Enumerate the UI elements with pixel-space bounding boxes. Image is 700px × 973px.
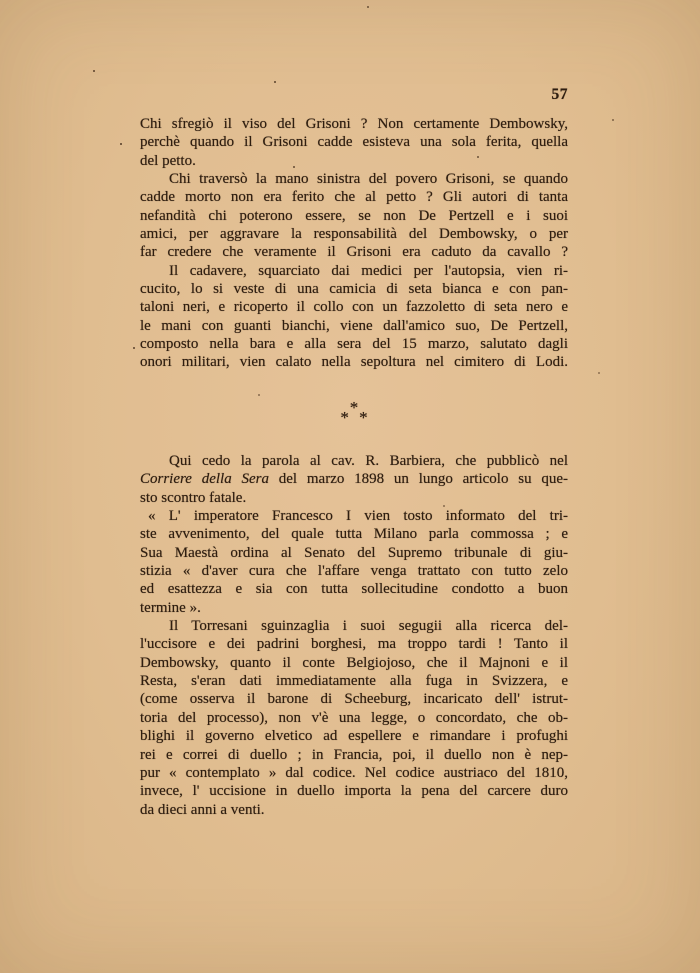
text-line: (come osserva il barone di Scheeburg, in… [140,690,568,708]
text-segment: da dieci anni a venti. [140,802,265,818]
text-segment: Resta, s'eran dati immediatamente alla f… [140,673,568,689]
text-line: Resta, s'eran dati immediatamente alla f… [140,672,568,690]
text-segment: Il Torresani sguinzaglia i suoi segugii … [169,618,568,634]
text-line: blighi il governo elvetico ad espellere … [140,727,568,745]
text-line: ste avvenimento, del quale tutta Milano … [140,525,568,543]
text-line: taloni neri, e ricoperto il collo con un… [140,298,568,316]
text-line: rei e correi di duello ; in Francia, poi… [140,746,568,764]
text-line: sto scontro fatale. [140,489,568,507]
asterism-separator: * * * [140,403,568,423]
text-line: stizia « d'aver cura che l'affare venga … [140,562,568,580]
asterism-bottom-stars: * * [140,413,568,423]
text-segment: le mani con guanti bianchi, viene dall'a… [140,318,568,334]
text-line: cadde morto non era ferito che al petto … [140,188,568,206]
text-segment: cadde morto non era ferito che al petto … [140,189,568,205]
text-line: ed esattezza e sia con tutta sollecitudi… [140,580,568,598]
text-line: cucito, lo si veste di una camicia di se… [140,280,568,298]
text-line: del petto. [140,152,568,170]
paragraph-6: Il Torresani sguinzaglia i suoi segugii … [140,617,568,819]
text-line: amici, per aggravare la responsabilità d… [140,225,568,243]
text-segment: rei e correi di duello ; in Francia, poi… [140,747,568,763]
scan-speck [93,70,95,72]
scan-speck [258,394,260,396]
text-segment: cucito, lo si veste di una camicia di se… [140,281,568,297]
text-line: Il Torresani sguinzaglia i suoi segugii … [140,617,568,635]
paragraph-3: Il cadavere, squarciato dai medici per l… [140,262,568,372]
text-line: toria del processo), non v'è una legge, … [140,709,568,727]
text-segment: termine ». [140,600,201,616]
text-line: perchè quando il Grisoni cadde esisteva … [140,133,568,151]
text-segment: nefandità chi poterono essere, se non De… [140,208,568,224]
page-number: 57 [140,86,568,104]
text-segment: onori militari, vien calato nella sepolt… [140,354,568,370]
text-segment: l'uccisore e dei padrini borghesi, ma tr… [140,636,568,652]
book-page: 57 Chi sfregiò il viso del Grisoni ? Non… [0,0,700,973]
text-line: pur « contemplato » dal codice. Nel codi… [140,764,568,782]
paragraph-5: « L' imperatore Francesco I vien tosto i… [140,507,568,617]
text-line: invece, l' uccisione in duello importa l… [140,782,568,800]
text-line: Sua Maestà ordina al Senato del Supremo … [140,544,568,562]
text-segment: Dembowsky, quanto il conte Belgiojoso, c… [140,655,568,671]
text-line: « L' imperatore Francesco I vien tosto i… [140,507,568,525]
text-line: Dembowsky, quanto il conte Belgiojoso, c… [140,654,568,672]
text-segment: Sua Maestà ordina al Senato del Supremo … [140,545,568,561]
text-segment: sto scontro fatale. [140,490,246,506]
text-block-top: Chi sfregiò il viso del Grisoni ? Non ce… [140,115,568,372]
text-line: Il cadavere, squarciato dai medici per l… [140,262,568,280]
text-segment: ed esattezza e sia con tutta sollecitudi… [140,581,568,597]
text-line: termine ». [140,599,568,617]
text-segment: (come osserva il barone di Scheeburg, in… [140,691,568,707]
text-segment: toria del processo), non v'è una legge, … [140,710,568,726]
text-segment: Chi sfregiò il viso del Grisoni ? Non ce… [140,116,568,132]
scan-speck [598,372,600,374]
text-segment: Chi traversò la mano sinistra del povero… [169,171,568,187]
text-segment: Qui cedo la parola al cav. R. Barbiera, … [169,453,568,469]
italic-text: Corriere della Sera [140,471,269,487]
text-line: le mani con guanti bianchi, viene dall'a… [140,317,568,335]
scan-speck [133,347,135,349]
paragraph-2: Chi traversò la mano sinistra del povero… [140,170,568,262]
text-segment: « L' imperatore Francesco I vien tosto i… [148,508,568,524]
paragraph-1: Chi sfregiò il viso del Grisoni ? Non ce… [140,115,568,170]
text-line: Qui cedo la parola al cav. R. Barbiera, … [140,452,568,470]
scan-speck [367,6,369,8]
text-line: composto nella bara e alla sera del 15 m… [140,335,568,353]
text-line: l'uccisore e dei padrini borghesi, ma tr… [140,635,568,653]
text-segment: perchè quando il Grisoni cadde esisteva … [140,134,568,150]
text-segment: blighi il governo elvetico ad espellere … [140,728,568,744]
text-line: onori militari, vien calato nella sepolt… [140,353,568,371]
text-line: Corriere della Sera del marzo 1898 un lu… [140,470,568,488]
text-line: far credere che veramente il Grisoni era… [140,243,568,261]
text-segment: amici, per aggravare la responsabilità d… [140,226,568,242]
text-segment: far credere che veramente il Grisoni era… [140,244,568,260]
scan-speck [274,81,276,83]
text-line: Chi traversò la mano sinistra del povero… [140,170,568,188]
scan-speck [120,143,122,145]
scan-speck [612,119,614,121]
text-block-bottom: Qui cedo la parola al cav. R. Barbiera, … [140,452,568,819]
text-segment: Il cadavere, squarciato dai medici per l… [169,263,568,279]
text-segment: del petto. [140,153,196,169]
text-segment: ste avvenimento, del quale tutta Milano … [140,526,568,542]
text-line: Chi sfregiò il viso del Grisoni ? Non ce… [140,115,568,133]
text-segment: pur « contemplato » dal codice. Nel codi… [140,765,568,781]
paragraph-4: Qui cedo la parola al cav. R. Barbiera, … [140,452,568,507]
text-line: da dieci anni a venti. [140,801,568,819]
text-segment: composto nella bara e alla sera del 15 m… [140,336,568,352]
text-segment: stizia « d'aver cura che l'affare venga … [140,563,568,579]
text-line: nefandità chi poterono essere, se non De… [140,207,568,225]
text-segment: taloni neri, e ricoperto il collo con un… [140,299,568,315]
text-segment: invece, l' uccisione in duello importa l… [140,783,568,799]
text-segment: del marzo 1898 un lungo articolo su que- [269,471,568,487]
